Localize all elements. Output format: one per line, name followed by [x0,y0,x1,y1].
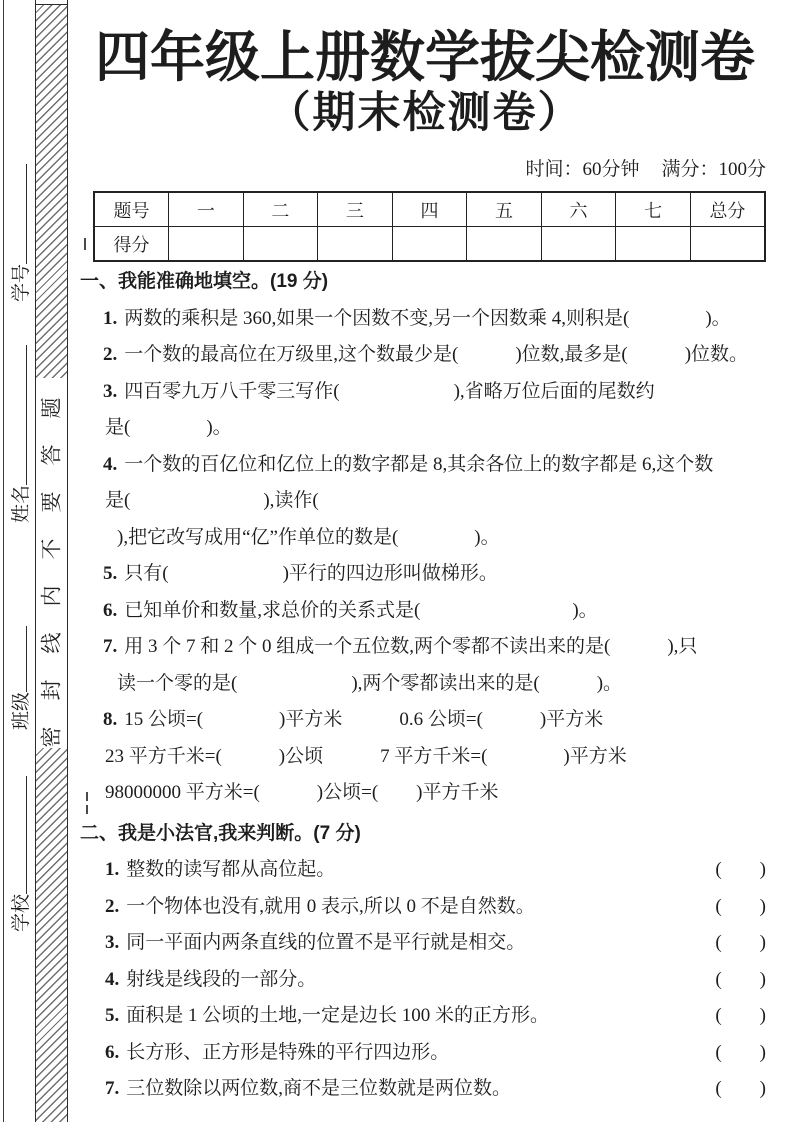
score-row-label: 得分 [94,227,169,262]
question-line: 7.用 3 个 7 和 2 个 0 组成一个五位数,两个零都不读出来的是( ),… [80,629,770,666]
score-cell [243,227,318,262]
school-label: 学校 [9,894,35,932]
question-text: 一个物体也没有,就用 0 表示,所以 0 不是自然数。 [126,889,535,926]
question-line: 4.一个数的百亿位和亿位上的数字都是 8,其余各位上的数字都是 6,这个数 [80,447,770,484]
question-text: 同一平面内两条直线的位置不是平行就是相交。 [126,925,525,962]
question-text: 射线是线段的一部分。 [126,962,316,999]
question-line: 1.两数的乘积是 360,如果一个因数不变,另一个因数乘 4,则积是( )。 [80,301,770,338]
question-number: 4. [103,454,117,475]
school-field: 学校 [7,776,33,932]
student-name-field: 姓名 [7,345,33,523]
question-text: 三位数除以两位数,商不是三位数就是两位数。 [126,1071,511,1108]
school-blank [7,776,27,894]
score-header-cell: 五 [467,192,542,227]
judgment-line: 1.整数的读写都从高位起。( ) [80,852,770,889]
question-number: 4. [105,962,119,999]
question-number: 6. [105,1035,119,1072]
question-line: 3.四百零九万八千零三写作( ),省略万位后面的尾数约 [80,374,770,411]
judgment-line: 7.三位数除以两位数,商不是三位数就是两位数。( ) [80,1071,770,1108]
score-table-body: 题号一二三四五六七总分得分 [94,192,765,261]
question-text: 面积是 1 公顷的土地,一定是边长 100 米的正方形。 [126,998,549,1035]
seal-column: 密封线内不要答题 [35,0,68,1122]
hatch-pattern-top [36,4,67,379]
question-line: 98000000 平方米=( )公顷=( )平方千米 [80,775,770,812]
section1-heading: 一、我能准确地填空。(19 分) [80,264,770,301]
hatch-pattern-bottom [36,748,67,1122]
question-number: 8. [103,709,117,730]
judgment-line: 5.面积是 1 公顷的土地,一定是边长 100 米的正方形。( ) [80,998,770,1035]
score-cell [318,227,393,262]
seal-line-text: 密封线内不要答题 [36,378,69,748]
student-id-label: 学号 [9,264,35,302]
question-text: 长方形、正方形是特殊的平行四边形。 [126,1035,449,1072]
question-text: 四百零九万八千零三写作( ),省略万位后面的尾数约 [124,381,654,402]
paper-subtitle: （期末检测卷） [80,89,770,139]
student-name-blank [7,345,27,485]
paper-title: 四年级上册数学拔尖检测卷 [80,27,770,89]
question-number: 7. [105,1071,119,1108]
seal-text-area: 密封线内不要答题 [36,378,67,748]
question-line: ),把它改写成用“亿”作单位的数是( )。 [80,520,770,557]
question-text: 23 平方千米=( )公顷 7 平方千米=( )平方米 [105,746,627,767]
question-number: 3. [103,381,117,402]
score-header-row: 题号一二三四五六七总分 [94,192,765,227]
exam-meta: 时间：60分钟满分：100分 [80,157,770,183]
answer-blank: ( ) [715,1035,770,1072]
question-text: 是( ),读作( [105,490,319,511]
question-line: 读一个零的是( ),两个零都读出来的是( )。 [80,666,770,703]
question-text: 98000000 平方米=( )公顷=( )平方千米 [105,782,499,803]
score-cell [169,227,244,262]
section2-questions: 1.整数的读写都从高位起。( )2.一个物体也没有,就用 0 表示,所以 0 不… [80,852,770,1108]
full-score: 满分：100分 [661,159,766,180]
score-header-cell: 六 [541,192,616,227]
score-row: 得分 [94,227,765,262]
question-number: 1. [103,308,117,329]
question-text: 已知单价和数量,求总价的关系式是( )。 [124,600,597,621]
question-text: 只有( )平行的四边形叫做梯形。 [124,563,498,584]
student-id-field: 学号 [7,164,33,302]
question-number: 2. [103,344,117,365]
student-name-label: 姓名 [9,485,35,523]
answer-blank: ( ) [715,962,770,999]
question-text: 整数的读写都从高位起。 [126,852,335,889]
question-text: 一个数的百亿位和亿位上的数字都是 8,其余各位上的数字都是 6,这个数 [124,454,713,475]
answer-blank: ( ) [715,925,770,962]
question-number: 1. [105,852,119,889]
time-limit: 时间：60分钟 [525,159,639,180]
answer-blank: ( ) [715,998,770,1035]
score-cell [392,227,467,262]
question-number: 7. [103,636,117,657]
score-table: 题号一二三四五六七总分得分 [93,191,766,262]
paper-content: 四年级上册数学拔尖检测卷 （期末检测卷） 时间：60分钟满分：100分 题号一二… [80,0,770,1108]
question-text: 两数的乘积是 360,如果一个因数不变,另一个因数乘 4,则积是( )。 [124,308,730,329]
question-number: 5. [103,563,117,584]
score-cell [467,227,542,262]
question-text: ),把它改写成用“亿”作单位的数是( )。 [117,527,500,548]
answer-blank: ( ) [715,889,770,926]
question-line: 是( )。 [80,410,770,447]
question-line: 6.已知单价和数量,求总价的关系式是( )。 [80,593,770,630]
judgment-line: 3.同一平面内两条直线的位置不是平行就是相交。( ) [80,925,770,962]
question-text: 读一个零的是( ),两个零都读出来的是( )。 [117,673,622,694]
page-edge-line [3,0,4,1122]
class-field: 班级 [7,626,33,730]
score-cell [616,227,691,262]
question-line: 5.只有( )平行的四边形叫做梯形。 [80,556,770,593]
answer-blank: ( ) [715,852,770,889]
score-header-cell: 四 [392,192,467,227]
question-text: 用 3 个 7 和 2 个 0 组成一个五位数,两个零都不读出来的是( ),只 [124,636,697,657]
score-cell [690,227,765,262]
judgment-line: 4.射线是线段的一部分。( ) [80,962,770,999]
class-label: 班级 [9,692,35,730]
question-number: 3. [105,925,119,962]
score-header-cell: 一 [169,192,244,227]
judgment-line: 6.长方形、正方形是特殊的平行四边形。( ) [80,1035,770,1072]
score-header-cell: 二 [243,192,318,227]
question-text: 一个数的最高位在万级里,这个数最少是( )位数,最多是( )位数。 [124,344,748,365]
score-cell [541,227,616,262]
question-number: 5. [105,998,119,1035]
answer-blank: ( ) [715,1071,770,1108]
section2-heading: 二、我是小法官,我来判断。(7 分) [80,816,770,853]
question-line: 23 平方千米=( )公顷 7 平方千米=( )平方米 [80,739,770,776]
question-number: 2. [105,889,119,926]
question-line: 8.15 公顷=( )平方米 0.6 公顷=( )平方米 [80,702,770,739]
class-blank [7,626,27,692]
score-header-cell: 题号 [94,192,169,227]
question-text: 15 公顷=( )平方米 0.6 公顷=( )平方米 [124,709,603,730]
question-line: 2.一个数的最高位在万级里,这个数最少是( )位数,最多是( )位数。 [80,337,770,374]
question-number: 6. [103,600,117,621]
score-header-cell: 七 [616,192,691,227]
question-text: 是( )。 [105,417,232,438]
student-id-blank [7,164,27,264]
score-header-cell: 总分 [690,192,765,227]
exam-paper: 学号 姓名 班级 学校 密封线内不要答题 四年级上册数学拔尖检测卷 （期末检测卷… [0,0,793,1122]
score-header-cell: 三 [318,192,393,227]
judgment-line: 2.一个物体也没有,就用 0 表示,所以 0 不是自然数。( ) [80,889,770,926]
section1-questions: 1.两数的乘积是 360,如果一个因数不变,另一个因数乘 4,则积是( )。2.… [80,301,770,812]
question-line: 是( ),读作( [80,483,770,520]
